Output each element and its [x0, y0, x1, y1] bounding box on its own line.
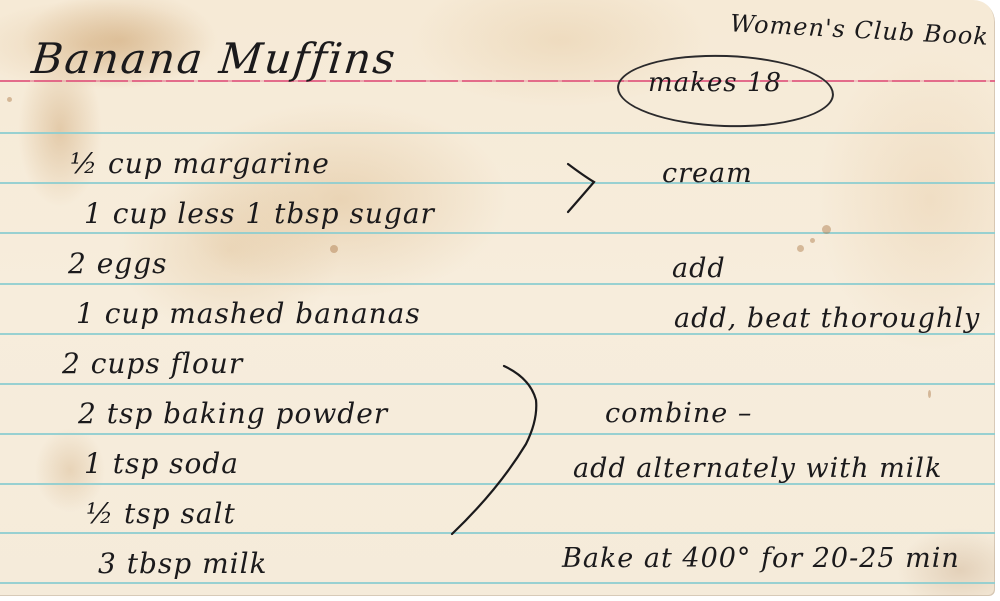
recipe-source: Women's Club Book	[730, 11, 990, 49]
stain-speck	[928, 390, 931, 398]
instruction-step: combine –	[605, 400, 752, 427]
ingredient-item: ½ cup margarine	[70, 150, 330, 178]
instruction-step: add, beat thoroughly	[674, 305, 980, 332]
group-bracket-combine	[448, 360, 548, 540]
ruled-line	[0, 232, 995, 234]
ruled-line	[0, 283, 995, 285]
recipe-title: Banana Muffins	[30, 38, 399, 80]
ingredient-item: 2 cups flour	[62, 350, 243, 378]
group-bracket-cream	[560, 160, 600, 216]
recipe-card: Banana Muffins Women's Club Book makes 1…	[0, 0, 995, 596]
ruled-line	[0, 132, 995, 134]
ingredient-item: 2 eggs	[68, 250, 168, 278]
ingredient-item: 2 tsp baking powder	[78, 400, 388, 428]
stain-speck	[822, 225, 831, 234]
stain-speck	[330, 245, 338, 253]
ingredient-item: ½ tsp salt	[86, 500, 236, 528]
stain-speck	[797, 245, 804, 252]
instruction-step: add	[672, 255, 726, 282]
instruction-step: add alternately with milk	[573, 455, 942, 482]
ingredient-item: 1 cup mashed bananas	[76, 300, 421, 328]
ingredient-item: 1 tsp soda	[84, 450, 239, 478]
ruled-line	[0, 582, 995, 584]
ingredient-item: 3 tbsp milk	[98, 550, 268, 578]
recipe-yield: makes 18	[648, 70, 782, 96]
ingredient-item: 1 cup less 1 tbsp sugar	[84, 200, 435, 228]
stain-speck	[7, 97, 12, 102]
instruction-step: Bake at 400° for 20-25 min	[562, 545, 960, 572]
ruled-line	[0, 182, 995, 184]
instruction-step: cream	[662, 160, 753, 187]
stain-speck	[810, 238, 815, 243]
